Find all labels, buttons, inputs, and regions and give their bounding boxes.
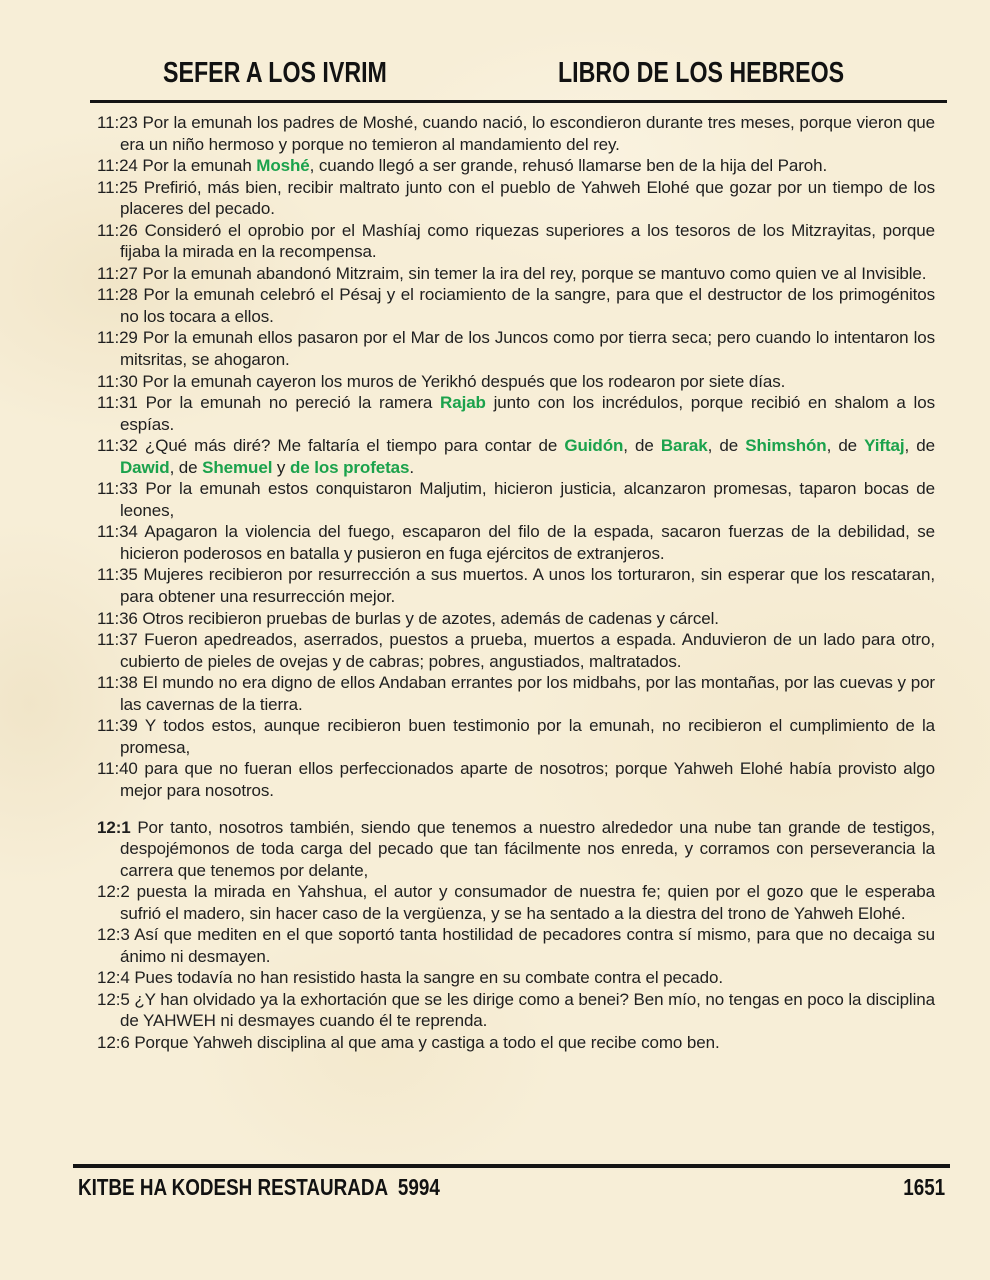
- highlighted-name: Dawid: [120, 458, 170, 477]
- verse-12-3: 12:3 Así que mediten en el que soportó t…: [97, 924, 935, 967]
- verse-ref: 12:6: [97, 1033, 130, 1052]
- verse-text: Por la emunah estos conquistaron Maljuti…: [120, 479, 935, 520]
- footer-edition-label: KITBE HA KODESH RESTAURADA 5994: [78, 1174, 440, 1201]
- verse-11-27: 11:27 Por la emunah abandonó Mitzraim, s…: [97, 263, 935, 285]
- verse-12-2: 12:2 puesta la mirada en Yahshua, el aut…: [97, 881, 935, 924]
- verse-text: Apagaron la violencia del fuego, escapar…: [120, 522, 935, 563]
- verse-11-26: 11:26 Consideró el oprobio por el Mashía…: [97, 220, 935, 263]
- verse-text: Por la emunah celebró el Pésaj y el roci…: [120, 285, 935, 326]
- verse-11-30: 11:30 Por la emunah cayeron los muros de…: [97, 371, 935, 393]
- verse-ref: 11:24: [97, 156, 138, 175]
- verse-11-35: 11:35 Mujeres recibieron por resurrecció…: [97, 564, 935, 607]
- page-title-left: SEFER A LOS IVRIM: [163, 57, 387, 90]
- verse-ref: 11:35: [97, 565, 138, 584]
- verse-11-28: 11:28 Por la emunah celebró el Pésaj y e…: [97, 284, 935, 327]
- highlighted-name: Barak: [661, 436, 708, 455]
- verse-ref: 11:34: [97, 522, 138, 541]
- highlighted-name: Shimshón: [745, 436, 826, 455]
- verse-11-29: 11:29 Por la emunah ellos pasaron por el…: [97, 327, 935, 370]
- footer: KITBE HA KODESH RESTAURADA 5994 1651: [78, 1174, 945, 1201]
- verse-ref: 12:2: [97, 882, 130, 901]
- verse-text: , de: [708, 436, 746, 455]
- verse-11-25: 11:25 Prefirió, más bien, recibir maltra…: [97, 177, 935, 220]
- verse-ref: 11:39: [97, 716, 138, 735]
- verse-11-34: 11:34 Apagaron la violencia del fuego, e…: [97, 521, 935, 564]
- verse-ref: 11:28: [97, 285, 138, 304]
- verse-11-33: 11:33 Por la emunah estos conquistaron M…: [97, 478, 935, 521]
- verse-ref: 11:31: [97, 393, 138, 412]
- verse-text: Así que mediten en el que soportó tanta …: [120, 925, 935, 966]
- verse-11-40: 11:40 para que no fueran ellos perfeccio…: [97, 758, 935, 801]
- highlighted-name: Yiftaj: [864, 436, 904, 455]
- verse-text: para que no fueran ellos perfeccionados …: [120, 759, 935, 800]
- verse-text: y: [272, 458, 290, 477]
- verse-text: Por la emunah cayeron los muros de Yerik…: [142, 372, 785, 391]
- verse-text: .: [409, 458, 414, 477]
- verse-text: Fueron apedreados, aserrados, puestos a …: [120, 630, 935, 671]
- verse-text: Prefirió, más bien, recibir maltrato jun…: [120, 178, 935, 219]
- highlighted-name: Guidón: [564, 436, 623, 455]
- verse-text: Porque Yahweh disciplina al que ama y ca…: [134, 1033, 719, 1052]
- verse-ref: 12:5: [97, 990, 130, 1009]
- highlighted-name: Shemuel: [202, 458, 272, 477]
- verse-ref: 11:38: [97, 673, 138, 692]
- verse-text: Por tanto, nosotros también, siendo que …: [120, 818, 935, 880]
- header-rule: [90, 100, 947, 103]
- verse-text: Pues todavía no han resistido hasta la s…: [134, 968, 723, 987]
- verse-12-5: 12:5 ¿Y han olvidado ya la exhortación q…: [97, 989, 935, 1032]
- verse-text: Otros recibieron pruebas de burlas y de …: [142, 609, 719, 628]
- verse-text: Por la emunah: [142, 156, 256, 175]
- highlighted-name: Rajab: [440, 393, 486, 412]
- verse-text: , de: [827, 436, 865, 455]
- verse-ref: 11:36: [97, 609, 138, 628]
- verse-ref: 11:30: [97, 372, 138, 391]
- verse-12-4: 12:4 Pues todavía no han resistido hasta…: [97, 967, 935, 989]
- verse-text: Por la emunah abandonó Mitzraim, sin tem…: [142, 264, 926, 283]
- verse-11-38: 11:38 El mundo no era digno de ellos And…: [97, 672, 935, 715]
- verse-11-32: 11:32 ¿Qué más diré? Me faltaría el tiem…: [97, 435, 935, 478]
- verse-text: Mujeres recibieron por resurrección a su…: [120, 565, 935, 606]
- verse-text: , cuando llegó a ser grande, rehusó llam…: [310, 156, 828, 175]
- verse-text: El mundo no era digno de ellos Andaban e…: [120, 673, 935, 714]
- verse-ref: 11:27: [97, 264, 138, 283]
- verse-ref: 12:3: [97, 925, 130, 944]
- verse-ref: 11:40: [97, 759, 138, 778]
- verse-ref: 11:37: [97, 630, 138, 649]
- verse-11-37: 11:37 Fueron apedreados, aserrados, pues…: [97, 629, 935, 672]
- page-number: 1651: [903, 1174, 945, 1201]
- verse-text: , de: [170, 458, 203, 477]
- verse-text: Consideró el oprobio por el Mashíaj como…: [120, 221, 935, 262]
- verse-text: Por la emunah no pereció la ramera: [146, 393, 440, 412]
- verse-12-1: 12:1 Por tanto, nosotros también, siendo…: [97, 817, 935, 882]
- verse-ref: 11:26: [97, 221, 138, 240]
- page-title-right: LIBRO DE LOS HEBREOS: [558, 57, 844, 90]
- verse-text: puesta la mirada en Yahshua, el autor y …: [120, 882, 935, 923]
- verse-11-23: 11:23 Por la emunah los padres de Moshé,…: [97, 112, 935, 155]
- verse-text: , de: [905, 436, 935, 455]
- verse-ref: 11:23: [97, 113, 138, 132]
- verse-11-24: 11:24 Por la emunah Moshé, cuando llegó …: [97, 155, 935, 177]
- verse-text: Por la emunah ellos pasaron por el Mar d…: [120, 328, 935, 369]
- verse-ref: 12:1: [97, 818, 131, 837]
- verse-text: , de: [623, 436, 661, 455]
- verse-ref: 11:29: [97, 328, 138, 347]
- verse-ref: 11:25: [97, 178, 138, 197]
- highlighted-name: Moshé: [256, 156, 309, 175]
- footer-rule: [73, 1164, 950, 1168]
- verse-ref: 12:4: [97, 968, 130, 987]
- verse-ref: 11:32: [97, 436, 138, 455]
- highlighted-name: de los profetas: [290, 458, 409, 477]
- verse-12-6: 12:6 Porque Yahweh disciplina al que ama…: [97, 1032, 935, 1054]
- verse-text: ¿Qué más diré? Me faltaría el tiempo par…: [145, 436, 564, 455]
- scripture-page: { "page": { "background_color": "#f7eed7…: [0, 0, 990, 1280]
- verse-ref: 11:33: [97, 479, 138, 498]
- verse-11-39: 11:39 Y todos estos, aunque recibieron b…: [97, 715, 935, 758]
- verse-text: Y todos estos, aunque recibieron buen te…: [120, 716, 935, 757]
- verse-11-31: 11:31 Por la emunah no pereció la ramera…: [97, 392, 935, 435]
- verse-list: 11:23 Por la emunah los padres de Moshé,…: [97, 112, 935, 1054]
- verse-11-36: 11:36 Otros recibieron pruebas de burlas…: [97, 608, 935, 630]
- verse-text: Por la emunah los padres de Moshé, cuand…: [120, 113, 935, 154]
- verse-text: ¿Y han olvidado ya la exhortación que se…: [120, 990, 935, 1031]
